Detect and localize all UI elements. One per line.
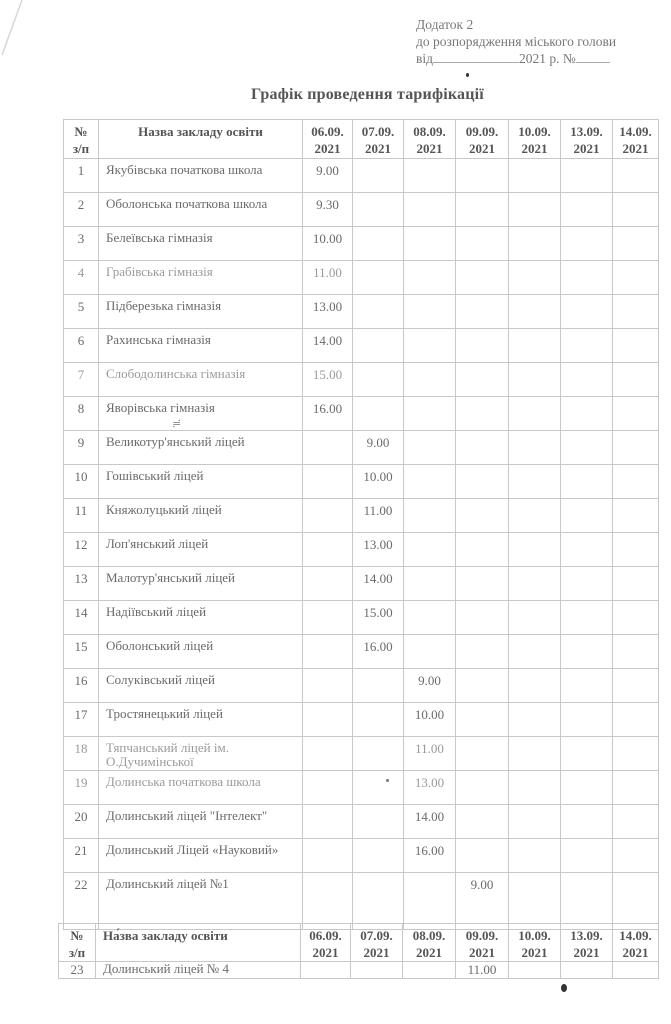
schedule-cell [561, 669, 613, 703]
col-header-date: 09.09.2021 [456, 120, 509, 159]
schedule-cell [509, 567, 561, 601]
schedule-cell [561, 329, 613, 363]
schedule-cell: 16.00 [303, 397, 353, 431]
table-row: 5Підберезька гімназія13.00 [64, 295, 659, 329]
schedule-cell [303, 567, 353, 601]
schedule-cell [509, 499, 561, 533]
col-header-date: 08.09.2021 [403, 924, 456, 962]
schedule-cell [561, 635, 613, 669]
table-row: 12Лоп'янський ліцей13.00 [64, 533, 659, 567]
schedule-cell [404, 431, 456, 465]
schedule-cell: 13.00 [404, 771, 456, 805]
schedule-cell [404, 261, 456, 295]
annex-line-1: Додаток 2 [416, 16, 616, 33]
schedule-cell [509, 873, 561, 930]
col-header-date: 06.09.2021 [303, 120, 353, 159]
table-row: 6Рахинська гімназія14.00 [64, 329, 659, 363]
schedule-cell: 11.00 [456, 962, 509, 979]
schedule-cell [456, 635, 509, 669]
table-row: 19Долинська початкова школа13.00 [64, 771, 659, 805]
schedule-cell [613, 737, 659, 771]
schedule-cell: 15.00 [353, 601, 404, 635]
schedule-cell [509, 295, 561, 329]
schedule-cell [613, 669, 659, 703]
institution-name: Тяпчанський ліцей ім. О.Дучимінської [99, 737, 303, 771]
schedule-cell [613, 703, 659, 737]
schedule-cell [404, 193, 456, 227]
table-row: 21Долинський Ліцей «Науковий»16.00 [64, 839, 659, 873]
col-header-date: 08.09.2021 [404, 120, 456, 159]
table-row: 7Слободолинська гімназія15.00 [64, 363, 659, 397]
schedule-cell [509, 533, 561, 567]
schedule-cell [404, 295, 456, 329]
annex-from-label: від [416, 51, 433, 66]
schedule-cell [303, 771, 353, 805]
col-header-date: 06.09.2021 [301, 924, 351, 962]
schedule-cell [509, 261, 561, 295]
schedule-cell [509, 465, 561, 499]
schedule-cell [353, 261, 404, 295]
schedule-cell [353, 193, 404, 227]
schedule-cell [613, 159, 659, 193]
schedule-cell: 11.00 [353, 499, 404, 533]
schedule-cell [509, 771, 561, 805]
schedule-cell [404, 499, 456, 533]
table-row: 13Малотур'янський ліцей14.00 [64, 567, 659, 601]
schedule-cell [404, 533, 456, 567]
schedule-cell [613, 771, 659, 805]
schedule-cell [456, 261, 509, 295]
table-row: 10Гошівський ліцей10.00 [64, 465, 659, 499]
row-number: 4 [64, 261, 99, 295]
schedule-cell [456, 737, 509, 771]
schedule-cell [509, 839, 561, 873]
schedule-table: №з/п Назва закладу освіти 06.09.2021 07.… [63, 119, 659, 930]
schedule-cell [561, 839, 613, 873]
schedule-cell [613, 567, 659, 601]
schedule-cell [456, 771, 509, 805]
schedule-cell: 10.00 [303, 227, 353, 261]
schedule-cell [613, 295, 659, 329]
schedule-cell [404, 329, 456, 363]
schedule-cell [404, 567, 456, 601]
institution-name: Белеївська гімназія [99, 227, 303, 261]
schedule-cell: 16.00 [404, 839, 456, 873]
row-number: 15 [64, 635, 99, 669]
number-blank [576, 62, 610, 63]
schedule-cell [561, 873, 613, 930]
schedule-cell [353, 397, 404, 431]
schedule-cell [561, 962, 613, 979]
schedule-cell [303, 669, 353, 703]
schedule-cell [404, 635, 456, 669]
schedule-cell [561, 261, 613, 295]
institution-name: Лоп'янський ліцей [99, 533, 303, 567]
schedule-cell [303, 737, 353, 771]
schedule-cell [613, 193, 659, 227]
schedule-cell [509, 962, 561, 979]
annex-line-2: до розпорядження міського голови [416, 33, 616, 50]
table-row: 4Грабівська гімназія11.00 [64, 261, 659, 295]
schedule-cell: 13.00 [303, 295, 353, 329]
row-number: 11 [64, 499, 99, 533]
col-header-name: На́зва закладу освіти [96, 924, 301, 962]
schedule-cell [303, 465, 353, 499]
schedule-cell [456, 159, 509, 193]
schedule-cell [509, 601, 561, 635]
table-row: 3Белеївська гімназія10.00 [64, 227, 659, 261]
schedule-cell [353, 363, 404, 397]
schedule-cell [353, 159, 404, 193]
institution-name: Княжолуцький ліцей [99, 499, 303, 533]
row-number: 6 [64, 329, 99, 363]
table-body: 1Якубівська початкова школа9.002Оболонсь… [64, 159, 659, 930]
schedule-cell [613, 227, 659, 261]
annex-year-number: 2021 р. № [519, 51, 576, 66]
schedule-cell [613, 397, 659, 431]
schedule-cell [509, 805, 561, 839]
institution-name: Яворівська гімназія [99, 397, 303, 431]
table-row: 16Солуківський ліцей9.00 [64, 669, 659, 703]
schedule-cell [561, 193, 613, 227]
institution-name: Малотур'янський ліцей [99, 567, 303, 601]
schedule-cell [509, 363, 561, 397]
schedule-cell [456, 465, 509, 499]
schedule-cell [303, 533, 353, 567]
schedule-cell [456, 567, 509, 601]
row-number: 22 [64, 873, 99, 930]
row-number: 13 [64, 567, 99, 601]
schedule-cell [561, 771, 613, 805]
schedule-cell [353, 839, 404, 873]
schedule-cell [353, 873, 404, 930]
schedule-cell [301, 962, 351, 979]
row-number: 20 [64, 805, 99, 839]
schedule-cell [456, 227, 509, 261]
schedule-cell [303, 839, 353, 873]
schedule-cell [561, 737, 613, 771]
table-row: 8Яворівська гімназія16.00 [64, 397, 659, 431]
table-row: 9Великотур'янський ліцей9.00 [64, 431, 659, 465]
schedule-cell [509, 159, 561, 193]
schedule-cell [353, 329, 404, 363]
schedule-cell [561, 397, 613, 431]
schedule-cell [613, 635, 659, 669]
schedule-cell [303, 805, 353, 839]
schedule-cell [456, 805, 509, 839]
page-title: Графік проведення тарифікації [0, 86, 671, 104]
schedule-cell [353, 295, 404, 329]
institution-name: Солуківський ліцей [99, 669, 303, 703]
col-header-num: №з/п [59, 924, 96, 962]
col-header-date: 10.09.2021 [509, 924, 561, 962]
schedule-cell: 10.00 [404, 703, 456, 737]
table-row: 14Надіївський ліцей15.00 [64, 601, 659, 635]
scan-speck [561, 984, 567, 992]
schedule-cell [509, 227, 561, 261]
schedule-cell: 14.00 [404, 805, 456, 839]
institution-name: Надіївський ліцей [99, 601, 303, 635]
schedule-cell [456, 669, 509, 703]
institution-name: Долинський ліцей № 4 [96, 962, 301, 979]
row-number: 7 [64, 363, 99, 397]
scan-streak [0, 0, 30, 60]
schedule-cell [613, 465, 659, 499]
row-number: 17 [64, 703, 99, 737]
schedule-cell [561, 363, 613, 397]
schedule-cell [613, 805, 659, 839]
institution-name: Великотур'янський ліцей [99, 431, 303, 465]
col-header-date: 13.09.2021 [561, 120, 613, 159]
row-number: 2 [64, 193, 99, 227]
schedule-table-continued: №з/п На́зва закладу освіти 06.09.2021 07… [58, 923, 659, 979]
schedule-cell [613, 363, 659, 397]
schedule-cell [456, 295, 509, 329]
row-number: 10 [64, 465, 99, 499]
schedule-cell [403, 962, 456, 979]
table-row: 18Тяпчанський ліцей ім. О.Дучимінської11… [64, 737, 659, 771]
schedule-cell [613, 431, 659, 465]
institution-name: Слободолинська гімназія [99, 363, 303, 397]
row-number: 16 [64, 669, 99, 703]
schedule-cell [509, 431, 561, 465]
table-row: 1Якубівська початкова школа9.00 [64, 159, 659, 193]
schedule-cell: 9.00 [353, 431, 404, 465]
schedule-cell [613, 533, 659, 567]
schedule-cell [456, 329, 509, 363]
annex-note: Додаток 2 до розпорядження міського голо… [416, 16, 616, 67]
schedule-cell: 9.00 [456, 873, 509, 930]
institution-name: Долинський Ліцей «Науковий» [99, 839, 303, 873]
institution-name: Тростянецький ліцей [99, 703, 303, 737]
schedule-cell [404, 601, 456, 635]
date-blank [433, 62, 519, 63]
schedule-cell [456, 601, 509, 635]
schedule-cell [561, 703, 613, 737]
col-header-date: 09.09.2021 [456, 924, 509, 962]
schedule-cell [353, 669, 404, 703]
schedule-cell: 9.00 [303, 159, 353, 193]
schedule-cell [456, 431, 509, 465]
table-row: 22Долинський ліцей №19.00 [64, 873, 659, 930]
schedule-cell [509, 703, 561, 737]
schedule-cell [561, 567, 613, 601]
schedule-cell [303, 703, 353, 737]
table-row: 20Долинський ліцей "Інтелект"14.00 [64, 805, 659, 839]
row-number: 12 [64, 533, 99, 567]
table-header-row: №з/п Назва закладу освіти 06.09.2021 07.… [64, 120, 659, 159]
schedule-cell [561, 159, 613, 193]
annex-line-3: від2021 р. № [416, 50, 616, 67]
schedule-cell [404, 397, 456, 431]
schedule-cell [456, 703, 509, 737]
schedule-cell [303, 873, 353, 930]
table-row: 17Тростянецький ліцей10.00 [64, 703, 659, 737]
schedule-cell [561, 533, 613, 567]
schedule-cell [404, 363, 456, 397]
row-number: 8 [64, 397, 99, 431]
institution-name: Грабівська гімназія [99, 261, 303, 295]
schedule-cell: 15.00 [303, 363, 353, 397]
row-number: 23 [59, 962, 96, 979]
schedule-cell [561, 295, 613, 329]
schedule-cell [613, 499, 659, 533]
schedule-cell [303, 499, 353, 533]
table-row: 23Долинський ліцей № 411.00 [59, 962, 659, 979]
table-row: 11Княжолуцький ліцей11.00 [64, 499, 659, 533]
row-number: 18 [64, 737, 99, 771]
institution-name: Долинський ліцей "Інтелект" [99, 805, 303, 839]
schedule-cell: 16.00 [353, 635, 404, 669]
schedule-cell [613, 261, 659, 295]
schedule-cell: 11.00 [404, 737, 456, 771]
schedule-cell: 9.30 [303, 193, 353, 227]
schedule-cell [509, 737, 561, 771]
schedule-cell [509, 669, 561, 703]
row-number: 1 [64, 159, 99, 193]
col-header-date: 14.09.2021 [613, 924, 659, 962]
schedule-cell [353, 737, 404, 771]
schedule-cell [353, 703, 404, 737]
schedule-cell [456, 839, 509, 873]
row-number: 14 [64, 601, 99, 635]
institution-name: Підберезька гімназія [99, 295, 303, 329]
schedule-cell [404, 465, 456, 499]
schedule-cell: 14.00 [303, 329, 353, 363]
col-header-name: Назва закладу освіти [99, 120, 303, 159]
schedule-cell [353, 805, 404, 839]
schedule-cell [404, 227, 456, 261]
table-header-row-repeat: №з/п На́зва закладу освіти 06.09.2021 07… [59, 924, 659, 962]
schedule-cell [351, 962, 403, 979]
schedule-cell: 10.00 [353, 465, 404, 499]
schedule-cell [509, 329, 561, 363]
schedule-cell [613, 962, 659, 979]
col-header-num: №з/п [64, 120, 99, 159]
institution-name: Долинський ліцей №1 [99, 873, 303, 930]
schedule-cell [456, 533, 509, 567]
institution-name: Рахинська гімназія [99, 329, 303, 363]
institution-name: Гошівський ліцей [99, 465, 303, 499]
institution-name: Оболонський ліцей [99, 635, 303, 669]
table-row: 15Оболонський ліцей16.00 [64, 635, 659, 669]
schedule-cell [561, 499, 613, 533]
row-number: 5 [64, 295, 99, 329]
table-body-continued: 23Долинський ліцей № 411.00 [59, 962, 659, 979]
schedule-cell: 9.00 [404, 669, 456, 703]
schedule-cell [561, 227, 613, 261]
schedule-cell [456, 193, 509, 227]
col-header-date: 10.09.2021 [509, 120, 561, 159]
schedule-cell [561, 431, 613, 465]
schedule-cell [561, 601, 613, 635]
schedule-cell [303, 431, 353, 465]
schedule-cell [303, 601, 353, 635]
schedule-cell [613, 601, 659, 635]
col-header-date: 07.09.2021 [351, 924, 403, 962]
row-number: 19 [64, 771, 99, 805]
scan-speck [386, 779, 389, 782]
col-header-date: 13.09.2021 [561, 924, 613, 962]
schedule-cell [303, 635, 353, 669]
row-number: 3 [64, 227, 99, 261]
schedule-cell [456, 363, 509, 397]
schedule-cell [353, 771, 404, 805]
schedule-cell [456, 397, 509, 431]
table-row: 2Оболонська початкова школа9.30 [64, 193, 659, 227]
schedule-cell [613, 329, 659, 363]
schedule-cell [613, 839, 659, 873]
schedule-cell: 13.00 [353, 533, 404, 567]
schedule-cell [561, 465, 613, 499]
schedule-cell [613, 873, 659, 930]
schedule-cell: 14.00 [353, 567, 404, 601]
schedule-cell [404, 159, 456, 193]
pen-mark: ≓ [172, 417, 181, 430]
col-header-date: 07.09.2021 [353, 120, 404, 159]
row-number: 9 [64, 431, 99, 465]
schedule-cell [456, 499, 509, 533]
schedule-cell [509, 397, 561, 431]
schedule-cell: 11.00 [303, 261, 353, 295]
schedule-cell [353, 227, 404, 261]
schedule-cell [509, 193, 561, 227]
scan-speck [466, 73, 469, 77]
row-number: 21 [64, 839, 99, 873]
institution-name: Оболонська початкова школа [99, 193, 303, 227]
schedule-cell [509, 635, 561, 669]
schedule-cell [404, 873, 456, 930]
schedule-cell [561, 805, 613, 839]
institution-name: Якубівська початкова школа [99, 159, 303, 193]
institution-name: Долинська початкова школа [99, 771, 303, 805]
col-header-date: 14.09.2021 [613, 120, 659, 159]
